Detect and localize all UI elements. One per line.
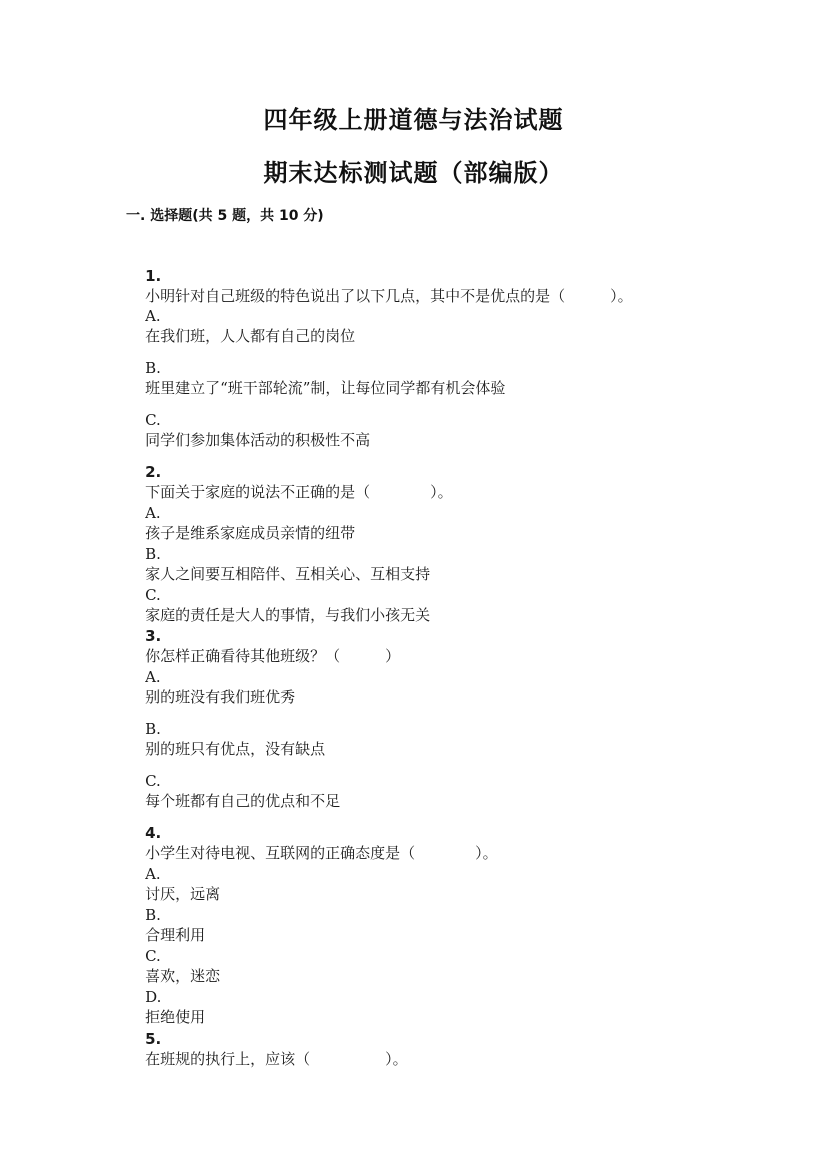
section-heading: 一. 选择题(共 5 题，共 10 分) (126, 205, 324, 225)
option-letter: B. (145, 545, 161, 563)
option-letter: C. (145, 586, 161, 604)
question-number: 4. (145, 824, 161, 842)
question-number: 2. (145, 463, 161, 481)
page-subtitle: 期末达标测试题（部编版） (0, 153, 827, 188)
option-letter: B. (145, 906, 161, 924)
question-number: 5. (145, 1030, 161, 1048)
question-5: 5. 在班规的执行上，应该（ ）。 (126, 1009, 408, 1089)
option-letter: C. (145, 772, 161, 790)
option-letter: A. (145, 865, 161, 883)
option-letter: C. (145, 411, 161, 429)
option-letter: C. (145, 947, 161, 965)
option-letter: A. (145, 668, 161, 686)
question-text: 在班规的执行上，应该（ ）。 (145, 1050, 408, 1068)
option-letter: A. (145, 504, 161, 522)
option-letter: B. (145, 720, 161, 738)
question-number: 3. (145, 627, 161, 645)
option-letter: A. (145, 307, 161, 325)
question-number: 1. (145, 267, 161, 285)
page-title: 四年级上册道德与法治试题 (0, 100, 827, 135)
option-letter: D. (145, 988, 161, 1006)
option-letter: B. (145, 359, 161, 377)
